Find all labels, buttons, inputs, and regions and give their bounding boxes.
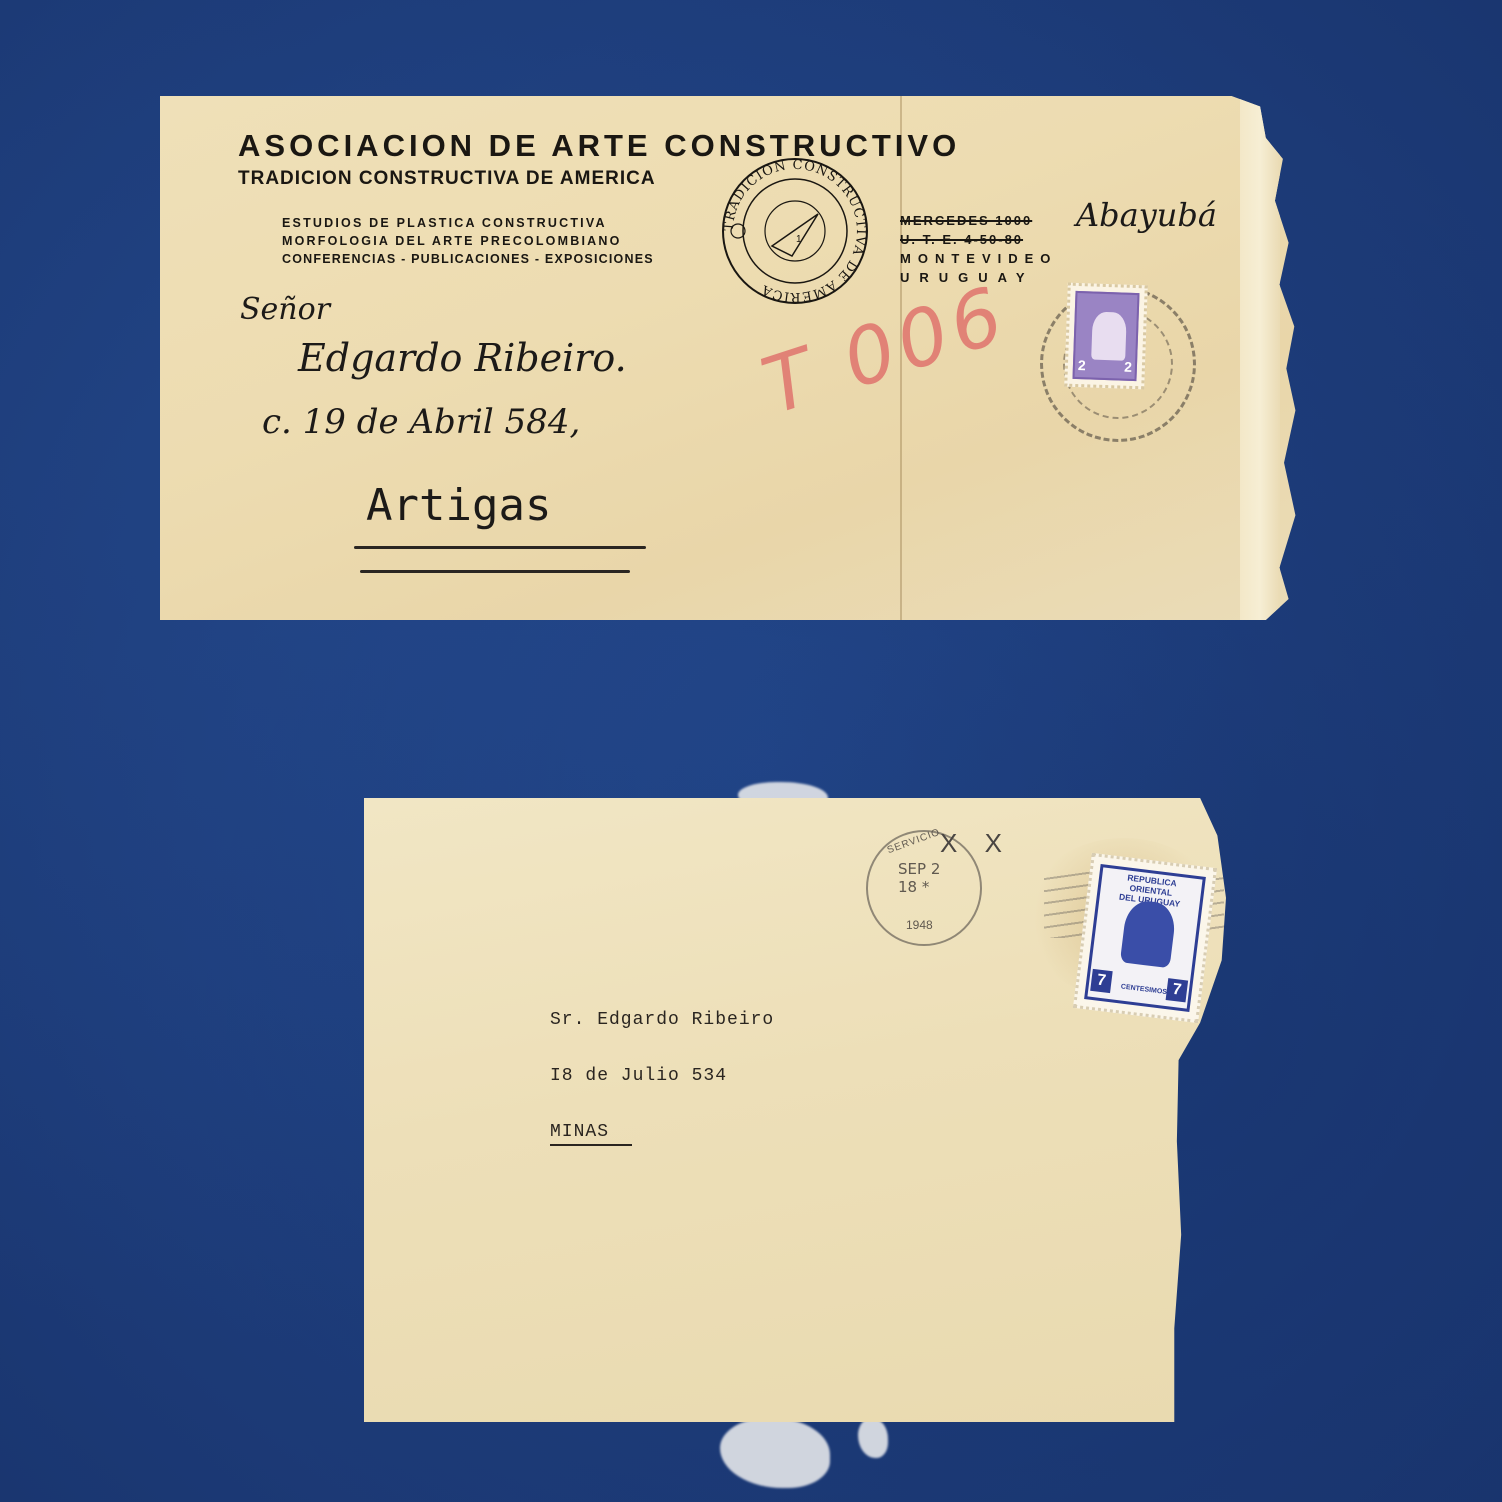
pencil-x-marks: X X xyxy=(940,828,1012,859)
handwritten-salutation: Señor xyxy=(240,292,330,327)
postmark-month-day: SEP 2 xyxy=(898,860,940,878)
handwritten-recipient-name: Edgardo Ribeiro. xyxy=(298,336,627,380)
association-seal-icon: TRADICION CONSTRUCTIVA DE AMERICA 1 xyxy=(720,156,870,306)
envelope-top: ASOCIACION DE ARTE CONSTRUCTIVO TRADICIO… xyxy=(160,96,1300,620)
handwritten-city: Artigas xyxy=(366,480,551,531)
envelope-torn-flap xyxy=(1240,96,1280,620)
city-underline xyxy=(354,546,646,549)
stamp-unit: CENTESIMOS xyxy=(1120,983,1167,996)
letterhead-line: CONFERENCIAS - PUBLICACIONES - EXPOSICIO… xyxy=(282,252,654,266)
stamp-portrait-icon xyxy=(1091,312,1127,361)
postmark-year: 1948 xyxy=(906,918,933,932)
paper-residue-bottom xyxy=(720,1418,830,1488)
envelope-bottom: SERVICIO SEP 2 18 * 1948 X X REPUBLICA O… xyxy=(364,798,1226,1422)
typed-city: MINAS xyxy=(550,1122,609,1142)
letterhead-line: MORFOLOGIA DEL ARTE PRECOLOMBIANO xyxy=(282,234,622,248)
postmark-hour: 18 * xyxy=(898,878,940,896)
seal-center-number: 1 xyxy=(796,234,802,245)
typed-recipient-name: Sr. Edgardo Ribeiro xyxy=(550,1010,774,1030)
typed-city-underline xyxy=(550,1144,632,1146)
handwritten-street: c. 19 de Abril 584, xyxy=(262,402,580,442)
stamp-portrait-icon xyxy=(1120,899,1177,969)
city-underline-second xyxy=(360,570,630,573)
return-address-struck-phone: U. T. E. 4-50-80 xyxy=(900,230,1057,249)
return-address-struck-street: MERCEDES 1000 xyxy=(900,211,1057,230)
stamp-denomination: 7 xyxy=(1166,978,1189,1002)
letterhead-subtitle: TRADICION CONSTRUCTIVA DE AMERICA xyxy=(238,168,656,190)
postage-stamp-2-centesimos: 2 2 xyxy=(1064,283,1148,390)
postage-stamp-7-centesimos: REPUBLICA ORIENTAL DEL URUGUAY 7 CENTESI… xyxy=(1073,853,1217,1023)
paper-residue-bottom-small xyxy=(858,1418,888,1458)
return-address-city: MONTEVIDEO xyxy=(900,249,1057,268)
letterhead-line: ESTUDIOS DE PLASTICA CONSTRUCTIVA xyxy=(282,216,607,230)
postmark-arc-text: SERVICIO xyxy=(886,827,942,856)
typed-street: I8 de Julio 534 xyxy=(550,1066,727,1086)
handwritten-street-correction: Abayubá xyxy=(1076,196,1217,234)
stamp-denomination: 7 xyxy=(1090,969,1113,993)
stamp-denomination: 2 xyxy=(1124,359,1132,375)
postmark-date: SEP 2 18 * xyxy=(898,860,940,896)
stamp-denomination: 2 xyxy=(1078,357,1086,373)
